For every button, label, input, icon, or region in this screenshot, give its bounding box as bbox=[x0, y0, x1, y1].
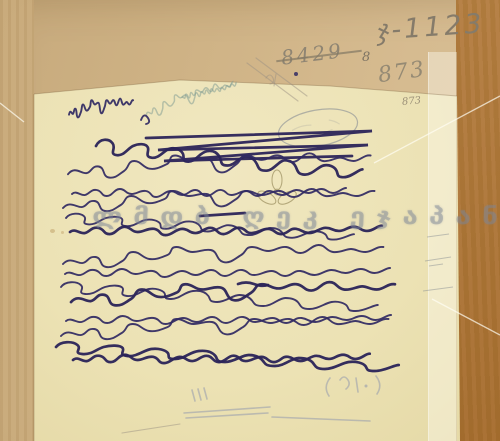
verse-line bbox=[73, 354, 370, 363]
rosette-ornament bbox=[256, 170, 299, 207]
bleed-through-stroke bbox=[356, 378, 358, 392]
bleed-through-parenthesis bbox=[326, 378, 330, 396]
ink-mark bbox=[141, 115, 149, 124]
bleed-through-ticks bbox=[192, 388, 207, 401]
crease-line bbox=[0, 103, 24, 122]
small-digit: 8 bbox=[362, 50, 370, 65]
verse-line bbox=[63, 245, 383, 267]
verse-line bbox=[65, 268, 390, 277]
verse-line bbox=[66, 315, 391, 324]
bottom-scratch bbox=[122, 424, 180, 433]
bleed-through-dot bbox=[365, 385, 368, 388]
bleed-through-underline bbox=[186, 413, 268, 418]
crease-line bbox=[374, 96, 500, 163]
verse-line bbox=[61, 317, 389, 339]
scanned-page: ლმდბ ღეკ ეჯაპან ჯ-1123 8429 8 873 873 bbox=[0, 0, 500, 441]
bleed-through-underline bbox=[184, 407, 270, 413]
pencil-scribble bbox=[266, 74, 276, 86]
bleed-through-loop bbox=[340, 377, 349, 389]
bleed-through-parenthesis bbox=[376, 376, 380, 394]
watermark-text: ლმდბ ღეკ ეჯაპან bbox=[91, 204, 500, 230]
margin-mark bbox=[427, 234, 449, 237]
ink-speck bbox=[294, 72, 298, 76]
margin-mark bbox=[425, 257, 451, 266]
bleed-through-underline bbox=[272, 417, 370, 421]
crease-line bbox=[432, 299, 500, 335]
number-873-small: 873 bbox=[402, 95, 422, 108]
handwritten-text bbox=[56, 99, 399, 371]
margin-mark bbox=[423, 287, 453, 291]
bleed-through-cursive bbox=[143, 80, 237, 118]
heading-line bbox=[69, 99, 133, 118]
